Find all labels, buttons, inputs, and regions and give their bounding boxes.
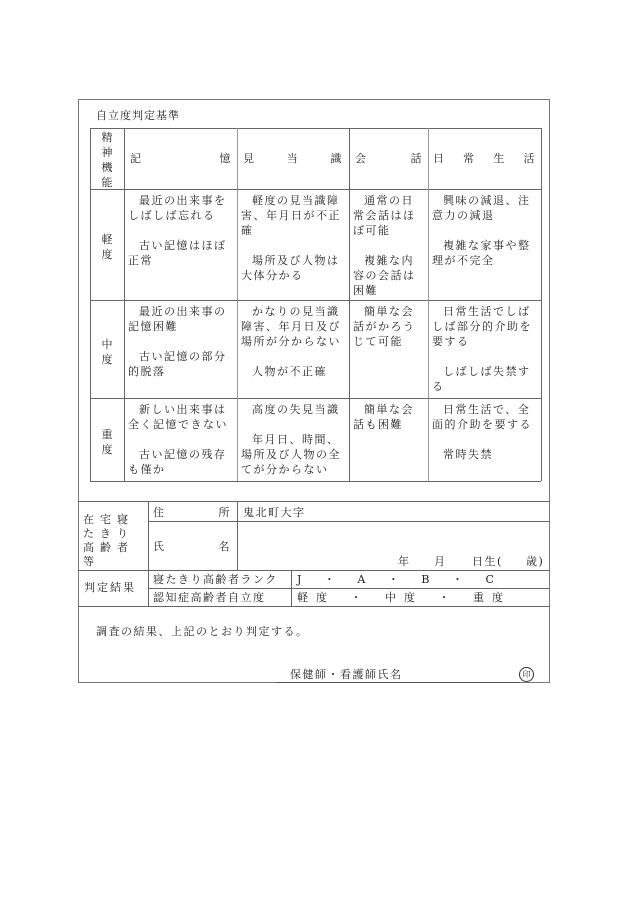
col-header-daily-life: 日常生活 [433, 151, 536, 166]
judgment-label: 判定結果 [84, 580, 136, 595]
cell-severe-memory: 新しい出来事は全く記憶できない 古い記憶の残存も僅か [128, 402, 234, 477]
form-title: 自立度判定基準 [96, 107, 180, 123]
address-label: 住所 [153, 505, 231, 520]
rank-option-b[interactable]: B [421, 573, 431, 586]
cell-severe-orientation: 高度の失見当識 年月日、時間、場所及び人物の全てが分からない [241, 402, 346, 477]
cell-moderate-orientation: かなりの見当識障害、年月日及び場所が分からない 人物が不正確 [241, 304, 346, 379]
judgment-statement: 調査の結果、上記のとおり判定する。 [96, 624, 309, 639]
birth-year-label: 年 [398, 554, 411, 569]
col-header-orientation: 見当識 [243, 151, 343, 166]
cell-moderate-daily-life: 日常生活でしばしば部分的介助を要する しばしば失禁する [432, 304, 538, 394]
col-header-memory: 記憶 [130, 151, 232, 166]
signature-label: 保健師・看護師氏名 [290, 667, 403, 682]
cell-moderate-conversation: 簡単な会話がかろうじて可能 [353, 304, 425, 349]
cell-mild-daily-life: 興味の減退、注意力の減退 複雑な家事や整理が不完全 [432, 193, 538, 268]
birth-day-label: 日生( [472, 554, 503, 569]
col-header-conversation: 会話 [355, 151, 423, 166]
rank-option-c[interactable]: C [485, 573, 495, 586]
subject-group-label: 在宅寝たきり高齢者等 [83, 513, 145, 569]
cell-severe-conversation: 簡単な会話も困難 [353, 402, 425, 432]
address-value[interactable]: 鬼北町大字 [243, 505, 306, 520]
dementia-option-mild[interactable]: 軽度 [297, 591, 335, 604]
birth-month-label: 月 [434, 554, 447, 569]
bedridden-rank-label: 寝たきり高齢者ランク [153, 572, 278, 587]
dementia-level-options: 軽度 ・ 中度 ・ 重度 [297, 590, 511, 605]
bedridden-rank-options: J ・ A ・ B ・ C [297, 572, 495, 587]
row-level-severe: 重度 [100, 427, 114, 457]
cell-mild-conversation: 通常の日常会話はほぼ可能 複雑な内容の会話は困難 [353, 193, 425, 298]
age-label: 歳) [526, 554, 544, 569]
dementia-option-severe[interactable]: 重度 [473, 591, 511, 604]
cell-mild-orientation: 軽度の見当識障害、年月日が不正確 場所及び人物は大体分かる [241, 193, 346, 283]
cell-mild-memory: 最近の出来事をしばしば忘れる 古い記憶はほぼ正常 [128, 193, 234, 268]
cell-moderate-memory: 最近の出来事の記憶困難 古い記憶の部分的脱落 [128, 304, 234, 379]
name-field[interactable] [243, 525, 543, 553]
signature-underline [276, 682, 520, 683]
dementia-option-moderate[interactable]: 中度 [385, 591, 423, 604]
row-level-mild: 軽度 [100, 232, 114, 262]
row-level-moderate: 中度 [100, 337, 114, 367]
seal-icon: 印 [519, 667, 534, 682]
corner-header: 精神機能 [100, 130, 114, 190]
rank-option-a[interactable]: A [357, 573, 366, 586]
cell-severe-daily-life: 日常生活で、全面的介助を要する 常時失禁 [432, 402, 538, 462]
name-label: 氏名 [153, 539, 231, 554]
dementia-level-label: 認知症高齢者自立度 [153, 590, 266, 605]
rank-option-j[interactable]: J [297, 573, 303, 586]
